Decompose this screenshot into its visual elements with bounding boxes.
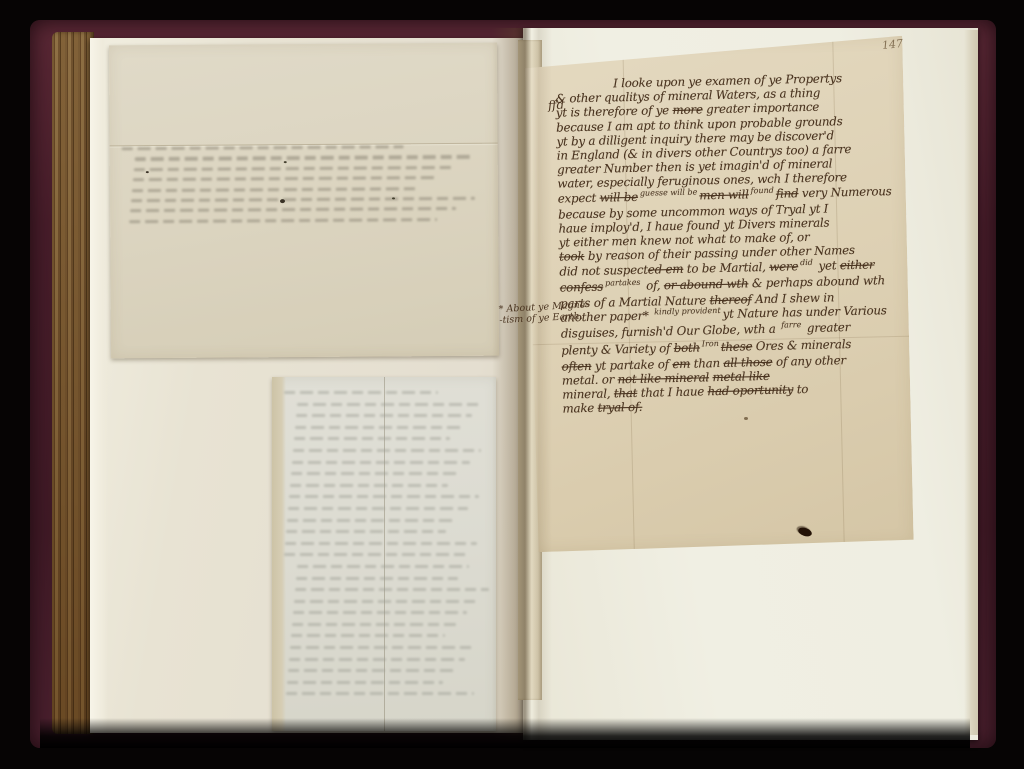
deleted-text: find [776,186,799,201]
interlinear-insertion: found [751,185,774,195]
interlinear-insertion: kindly provident [654,306,721,317]
upper-sheet-showthrough [122,145,485,231]
showthrough-line [294,437,450,440]
ink-spot [744,417,748,420]
showthrough-line [287,519,457,522]
showthrough-line [284,553,466,556]
deleted-text: often [561,359,591,374]
interlinear-insertion: did [800,258,813,267]
showthrough-line [129,218,437,223]
manuscript-words: very Numerous [798,184,891,200]
manuscript-words: expect [558,190,600,205]
showthrough-line [284,391,438,394]
interlinear-insertion: Iron [702,339,719,348]
deleted-text: more [672,103,702,118]
showthrough-line [296,577,458,580]
showthrough-line [286,692,474,695]
showthrough-line [295,588,489,591]
deleted-text: ed em [648,261,684,276]
manuscript-words: mineral, [562,387,614,402]
showthrough-line [131,197,475,203]
interlinear-insertion: partakes [605,278,641,288]
showthrough-line [297,403,483,406]
deleted-text: were [769,259,798,274]
manuscript-sheet: I looke upon ye examen of ye Propertys& … [524,36,913,552]
manuscript-words: Ores & minerals [752,337,851,353]
deleted-text: men will [699,187,749,202]
manuscript-words: greater [803,320,850,335]
showthrough-line [297,565,469,568]
showthrough-line [294,600,478,603]
manuscript-words: than [690,356,724,371]
manuscript-words: of any other [772,353,846,369]
showthrough-line [293,611,467,614]
manuscript-words: make [562,401,597,416]
showthrough-line [288,507,468,510]
page-fore-edge [52,32,94,734]
showthrough-line [293,449,481,452]
deleted-text: confess [560,279,604,294]
manuscript-words: that I haue [637,385,708,401]
showthrough-line [122,145,404,150]
deleted-text: will be [599,189,638,204]
showthrough-line [291,634,445,637]
deleted-text: or abound wth [664,276,749,292]
lower-pasted-sheet [272,377,496,731]
showthrough-line [285,542,477,545]
manuscript-words: metal. or [562,372,618,387]
manuscript-words: yt Nature has under Various [723,303,887,321]
showthrough-line [289,495,479,498]
showthrough-line [133,176,437,181]
showthrough-line [130,207,456,212]
folio-number: 147 [881,37,903,52]
deleted-text: that [614,386,638,401]
manuscript-words: to [793,382,808,396]
manuscript-words: to be Martial, [683,259,769,275]
showthrough-line [288,669,454,672]
deleted-text: either [840,257,875,272]
margin-note-ffd: ffd [548,97,565,112]
lower-sheet-showthrough [284,391,482,704]
interlinear-insertion: guesse will be [640,187,698,197]
showthrough-line [135,155,475,161]
interlinear-insertion: farre [781,321,801,330]
showthrough-line [291,472,459,475]
deleted-text: both [674,340,701,355]
manuscript-words: yet [815,258,840,273]
showthrough-line [295,426,461,429]
showthrough-line [290,484,448,487]
deleted-text: metal like [712,369,769,384]
deleted-text: em [672,357,690,371]
manuscript-text: I looke upon ye examen of ye Propertys& … [555,70,907,416]
showthrough-line [296,414,472,417]
deleted-text: tryal of. [598,400,643,415]
manuscript-words: of, [642,278,664,292]
manuscript-words: & perhaps abound wth [748,273,885,290]
showthrough-line [287,681,443,684]
upper-pasted-sheet [109,43,499,359]
showthrough-line [134,166,456,171]
deleted-text: thereof [709,292,751,307]
showthrough-line [290,646,476,649]
showthrough-line [132,187,418,192]
manuscript-words: did not suspect [559,262,648,278]
showthrough-line [289,658,465,661]
deleted-text: these [721,339,753,354]
manuscript-words: plenty & Variety of [561,341,674,358]
showthrough-line [292,623,456,626]
photograph-open-manuscript-book: I looke upon ye examen of ye Propertys& … [0,0,1024,769]
showthrough-line [292,461,470,464]
deleted-text: took [559,249,585,264]
deleted-text: had oportunity [707,383,793,399]
deleted-text: all those [723,355,772,370]
ink-specks [146,171,149,173]
showthrough-line [286,530,446,533]
